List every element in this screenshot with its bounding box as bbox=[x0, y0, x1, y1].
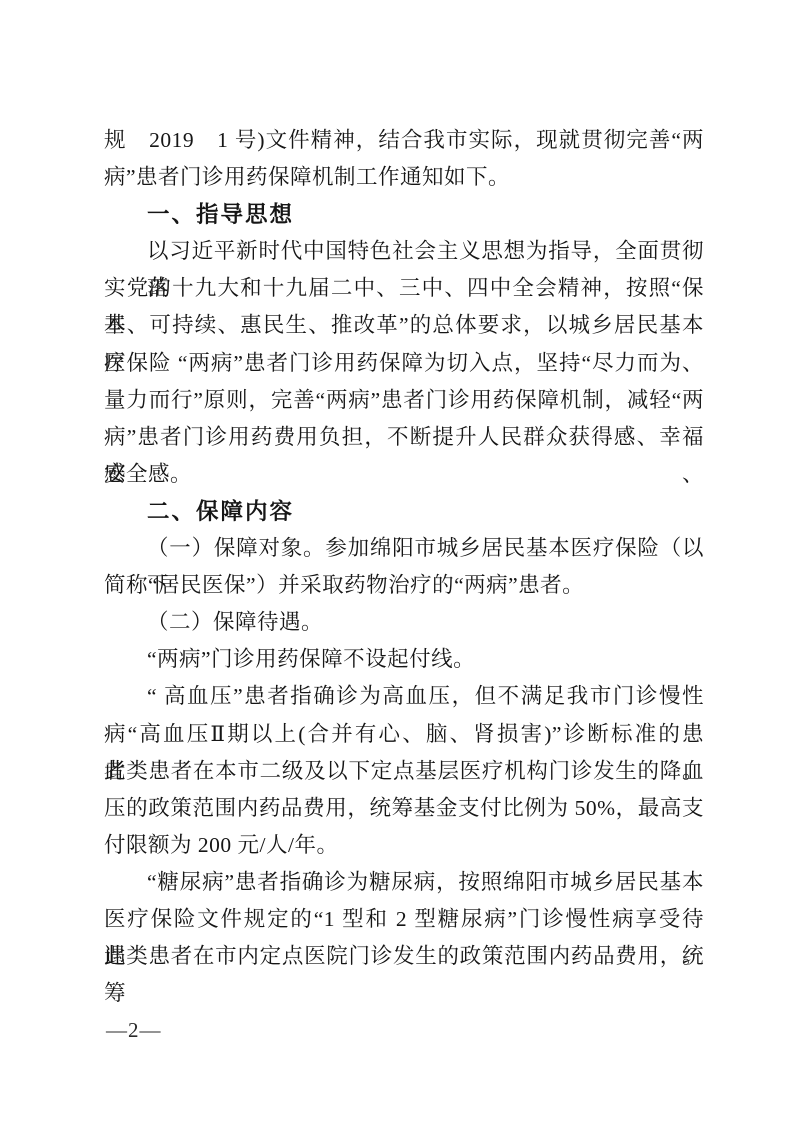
text-line: “糖尿病”患者指确诊为糖尿病，按照绵阳市城乡居民基本 bbox=[104, 864, 704, 901]
text-line: 病“高血压Ⅱ期以上(合并有心、脑、肾损害)”诊断标准的患者。 bbox=[104, 716, 704, 753]
text-line: 本、可持续、惠民生、推改革”的总体要求，以城乡居民基本医 bbox=[104, 307, 704, 344]
text-line: （二）保障待遇。 bbox=[104, 604, 704, 641]
text-line: 此类患者在本市二级及以下定点基层医疗机构门诊发生的降血 bbox=[104, 753, 704, 790]
text-line: 简称“居民医保”）并采取药物治疗的“两病”患者。 bbox=[104, 567, 704, 604]
text-line: 规 2019 1 号)文件精神，结合我市实际，现就贯彻完善“两 bbox=[104, 122, 704, 159]
text-line: 实党的十九大和十九届二中、三中、四中全会精神，按照“保基 bbox=[104, 270, 704, 307]
page-number: —2— bbox=[106, 1016, 162, 1044]
text-line: 病”患者门诊用药保障机制工作通知如下。 bbox=[104, 159, 704, 196]
text-line: 压的政策范围内药品费用，统筹基金支付比例为 50%，最高支 bbox=[104, 790, 704, 827]
text-line: 医疗保险文件规定的“1 型和 2 型糖尿病”门诊慢性病享受待遇。 bbox=[104, 901, 704, 938]
text-line: “两病”门诊用药保障不设起付线。 bbox=[104, 641, 704, 678]
text-line: 病”患者门诊用药费用负担，不断提升人民群众获得感、幸福感、 bbox=[104, 419, 704, 456]
section-heading-guiding-ideology: 一、指导思想 bbox=[104, 196, 704, 233]
text-line: （一）保障对象。参加绵阳市城乡居民基本医疗保险（以下 bbox=[104, 530, 704, 567]
text-line: 量力而行”原则，完善“两病”患者门诊用药保障机制，减轻“两 bbox=[104, 382, 704, 419]
text-line: 付限额为 200 元/人/年。 bbox=[104, 827, 704, 864]
text-line: 疗保险 “两病”患者门诊用药保障为切入点，坚持“尽力而为、 bbox=[104, 345, 704, 382]
text-line: “ 高血压”患者指确诊为高血压，但不满足我市门诊慢性 bbox=[104, 678, 704, 715]
document-body: 规 2019 1 号)文件精神，结合我市实际，现就贯彻完善“两 病”患者门诊用药… bbox=[104, 122, 704, 975]
text-line: 此类患者在市内定点医院门诊发生的政策范围内药品费用，统筹 bbox=[104, 938, 704, 975]
section-heading-guarantee-content: 二、保障内容 bbox=[104, 493, 704, 530]
text-line: 以习近平新时代中国特色社会主义思想为指导，全面贯彻落 bbox=[104, 233, 704, 270]
document-page: 规 2019 1 号)文件精神，结合我市实际，现就贯彻完善“两 病”患者门诊用药… bbox=[0, 0, 793, 1122]
